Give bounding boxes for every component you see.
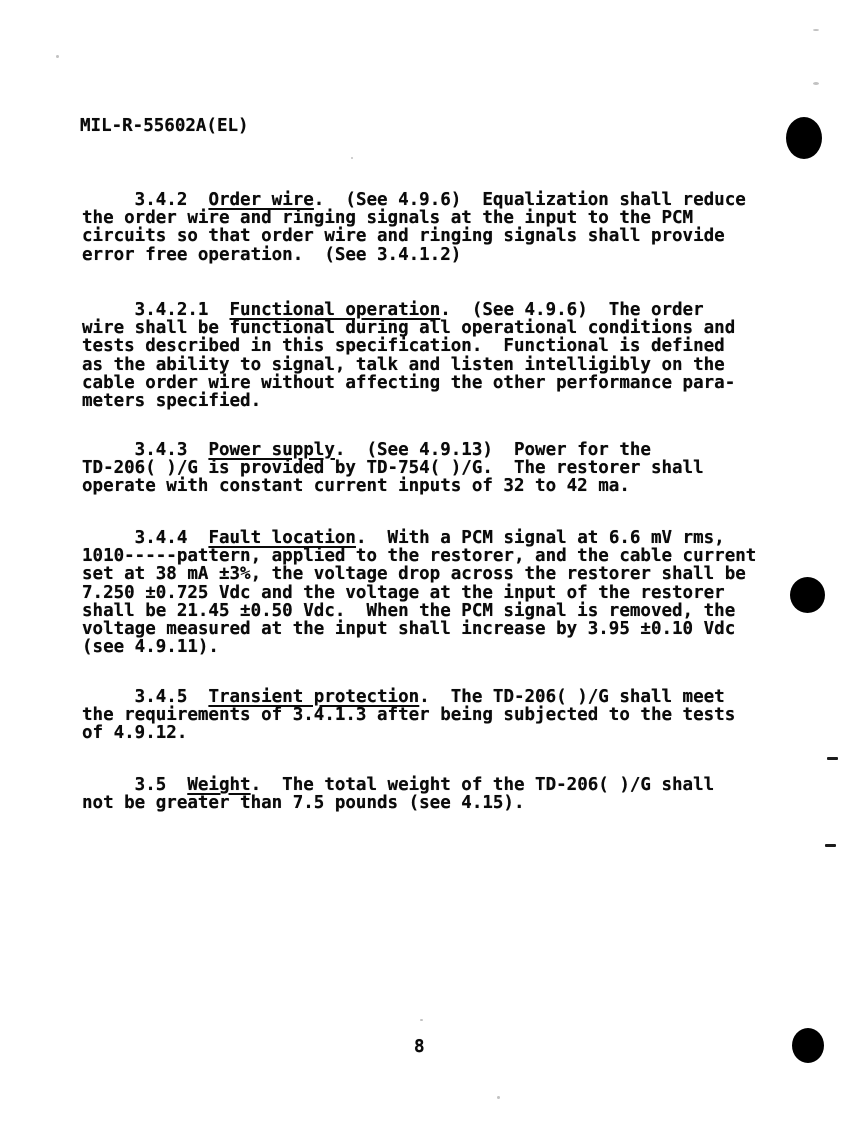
scan-speck (813, 82, 819, 85)
section-3-4-4-fault-location: 3.4.4 Fault location. With a PCM signal … (82, 529, 756, 656)
scan-speck (813, 29, 819, 31)
registration-dot-middle (790, 577, 825, 613)
scan-speck (420, 1019, 423, 1021)
scan-speck (497, 1096, 500, 1099)
document-number-header: MIL-R-55602A(EL) (80, 117, 249, 135)
scan-speck (56, 55, 59, 58)
registration-dot-bottom (792, 1028, 824, 1063)
section-title: Power supply (208, 440, 334, 460)
section-3-4-3-power-supply: 3.4.3 Power supply. (See 4.9.13) Power f… (82, 441, 704, 496)
registration-dot-top (786, 117, 822, 159)
section-lead: 3.4.3 (82, 440, 208, 460)
scanned-document-page: MIL-R-55602A(EL) 3.4.2 Order wire. (See … (0, 0, 845, 1145)
section-lead: 3.4.2.1 (82, 300, 230, 320)
page-number: 8 (414, 1038, 425, 1056)
edge-dash-mark (825, 844, 836, 847)
section-title: Functional operation (230, 300, 441, 320)
section-title: Weight (187, 775, 250, 795)
section-lead: 3.4.2 (82, 190, 208, 210)
section-lead: 3.4.5 (82, 687, 208, 707)
section-lead: 3.5 (82, 775, 187, 795)
section-3-4-5-transient-protection: 3.4.5 Transient protection. The TD-206( … (82, 688, 735, 743)
section-3-4-2-order-wire: 3.4.2 Order wire. (See 4.9.6) Equalizati… (82, 191, 746, 264)
section-3-4-2-1-functional-operation: 3.4.2.1 Functional operation. (See 4.9.6… (82, 301, 735, 410)
scan-speck (351, 157, 353, 159)
section-title: Transient protection (208, 687, 419, 707)
section-lead: 3.4.4 (82, 528, 208, 548)
section-title: Order wire (208, 190, 313, 210)
section-title: Fault location (208, 528, 356, 548)
edge-dash-mark (827, 757, 838, 760)
section-3-5-weight: 3.5 Weight. The total weight of the TD-2… (82, 776, 714, 812)
section-body: . With a PCM signal at 6.6 mV rms, 1010-… (82, 528, 756, 657)
